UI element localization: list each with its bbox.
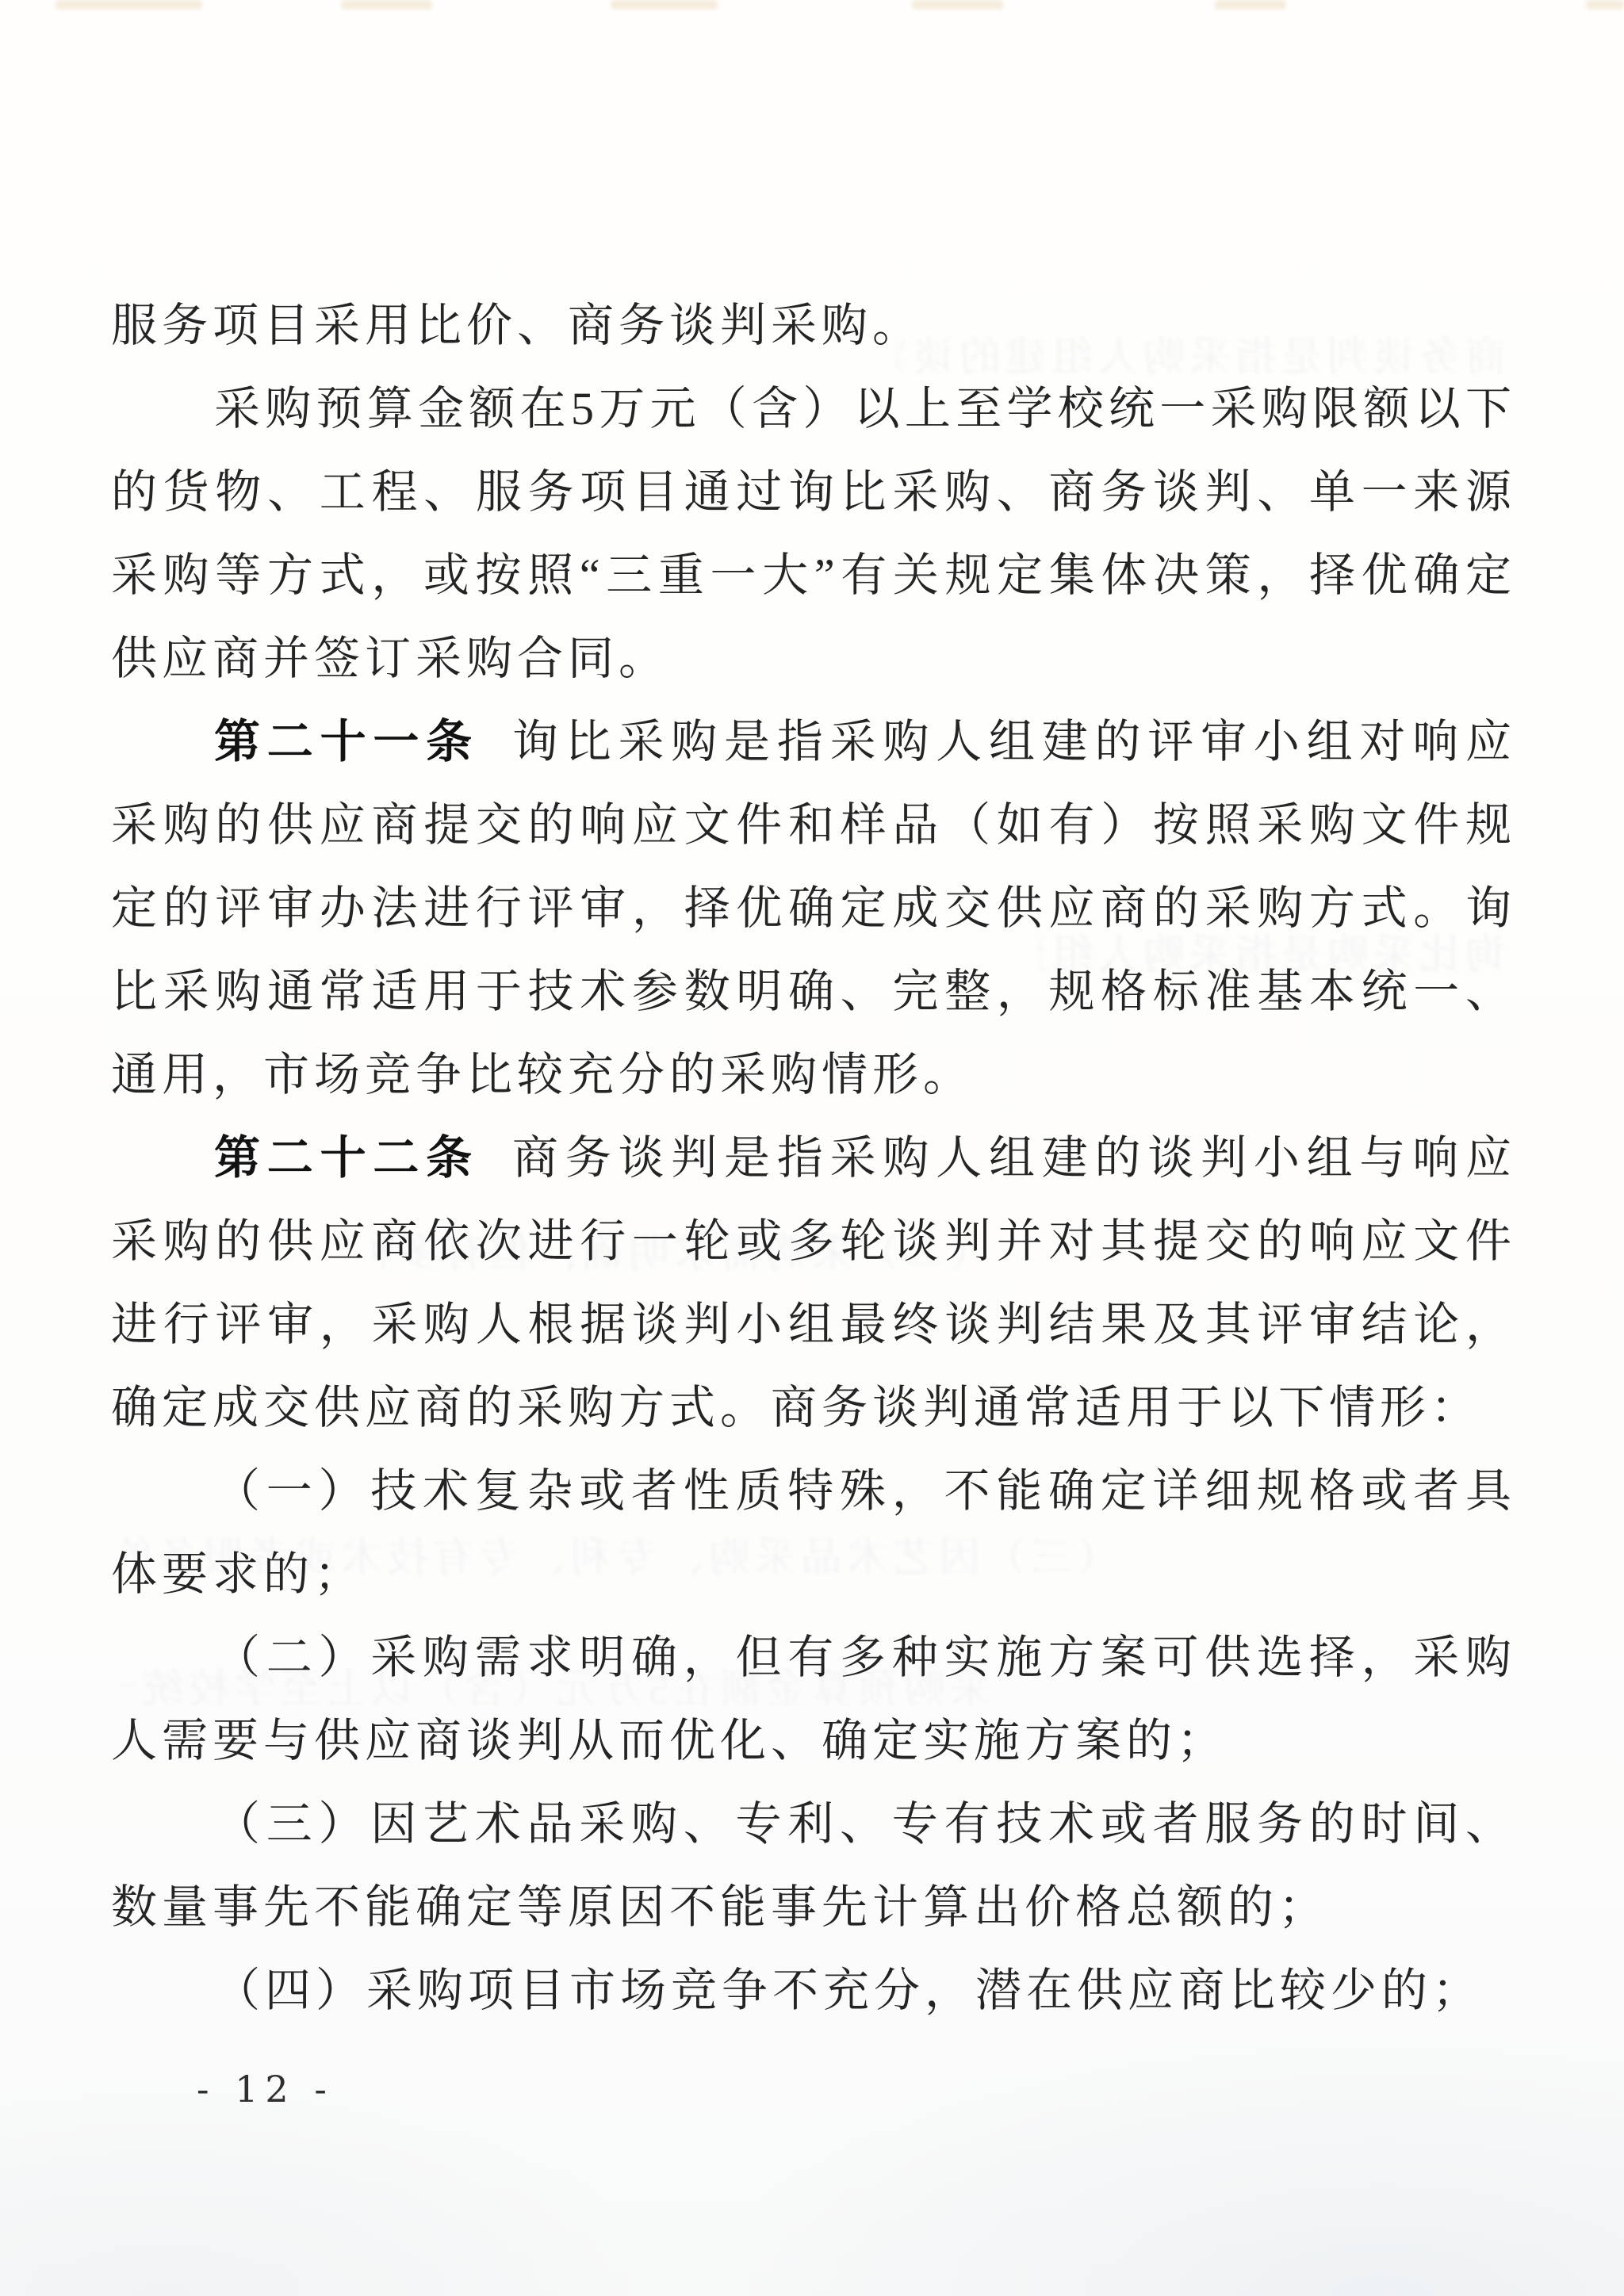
document-page: 商务谈判是指采购人组建的谈判小组与响应采购的供应商依次进行一轮或多轮谈判并对其提… <box>0 0 1624 2296</box>
paragraph-article-21: 第二十一条询比采购是指采购人组建的评审小组对响应采购的供应商提交的响应文件和样品… <box>111 700 1516 1116</box>
scan-smudge <box>1215 0 1286 10</box>
list-item-4: （四）采购项目市场竞争不充分，潜在供应商比较少的； <box>111 1949 1516 2032</box>
article-21-number: 第二十一条 <box>214 716 479 767</box>
list-item-1: （一）技术复杂或者性质特殊，不能确定详细规格或者具体要求的； <box>111 1449 1516 1616</box>
paragraph-text: （三）因艺术品采购、专利、专有技术或者服务的时间、数量事先不能确定等原因不能事先… <box>111 1798 1516 1933</box>
scan-smudge <box>341 0 432 10</box>
paragraph-continuation: 服务项目采用比价、商务谈判采购。 <box>111 284 1516 367</box>
scan-smudge <box>611 0 718 10</box>
paragraph-text: 采购预算金额在5万元（含）以上至学校统一采购限额以下的货物、工程、服务项目通过询… <box>111 383 1516 684</box>
paragraph-text: （四）采购项目市场竞争不充分，潜在供应商比较少的； <box>214 1965 1483 2016</box>
scan-smudge <box>56 0 202 10</box>
list-item-3: （三）因艺术品采购、专利、专有技术或者服务的时间、数量事先不能确定等原因不能事先… <box>111 1782 1516 1949</box>
list-item-2: （二）采购需求明确，但有多种实施方案可供选择，采购人需要与供应商谈判从而优化、确… <box>111 1616 1516 1782</box>
paragraph-article-22: 第二十二条商务谈判是指采购人组建的谈判小组与响应采购的供应商依次进行一轮或多轮谈… <box>111 1116 1516 1449</box>
article-22-number: 第二十二条 <box>214 1132 479 1184</box>
paragraph-budget-threshold: 采购预算金额在5万元（含）以上至学校统一采购限额以下的货物、工程、服务项目通过询… <box>111 367 1516 700</box>
document-body: 服务项目采用比价、商务谈判采购。 采购预算金额在5万元（含）以上至学校统一采购限… <box>111 284 1516 2032</box>
scan-smudge <box>912 0 1003 10</box>
paragraph-text: 询比采购是指采购人组建的评审小组对响应采购的供应商提交的响应文件和样品（如有）按… <box>111 716 1516 1100</box>
paragraph-text: 服务项目采用比价、商务谈判采购。 <box>111 300 923 351</box>
paragraph-text: （一）技术复杂或者性质特殊，不能确定详细规格或者具体要求的； <box>111 1465 1516 1600</box>
scan-smudge <box>1586 0 1624 10</box>
page-number: - 12 - <box>197 2068 334 2110</box>
paragraph-text: （二）采购需求明确，但有多种实施方案可供选择，采购人需要与供应商谈判从而优化、确… <box>111 1632 1516 1766</box>
